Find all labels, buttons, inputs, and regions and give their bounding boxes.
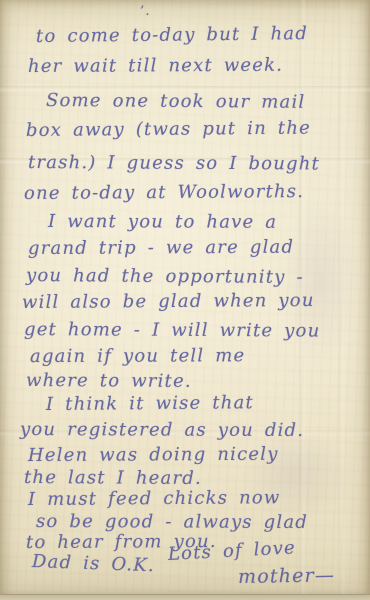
letter-line: will also be glad when you xyxy=(22,290,315,313)
letter-line: Helen was doing nicely xyxy=(28,444,279,466)
paper-bottom-edge xyxy=(0,594,370,600)
stray-ink-mark: ’. xyxy=(140,4,151,19)
letter-line: where to write. xyxy=(26,370,192,392)
letter-line: I want you to have a xyxy=(48,211,277,233)
letter-line: grand trip - we are glad xyxy=(28,237,294,259)
letter-line: I think it wise that xyxy=(46,392,254,415)
letter-line: you registered as you did. xyxy=(20,419,304,441)
letter-line: her wait till next week. xyxy=(28,55,283,77)
letter-line: I must feed chicks now xyxy=(28,487,281,510)
letter-line: trash.) I guess so I bought xyxy=(28,152,320,175)
letter-line: one to-day at Woolworths. xyxy=(24,181,304,204)
letter-line: get home - I will write you xyxy=(24,319,321,342)
signoff-dad-ok: Dad is O.K. xyxy=(32,551,156,576)
letter-line: box away (twas put in the xyxy=(26,118,311,141)
letter-line: again if you tell me xyxy=(30,345,245,367)
letter-photo: ’. to come to-day but I had her wait til… xyxy=(0,0,370,600)
letter-line: you had the opportunity - xyxy=(26,265,304,288)
letter-line: so be good - always glad xyxy=(36,511,308,533)
letter-line: Some one took our mail xyxy=(46,90,306,113)
letter-line: the last I heard. xyxy=(24,467,202,489)
signature-mother: mother— xyxy=(238,564,335,588)
letter-line: to come to-day but I had xyxy=(36,23,308,47)
